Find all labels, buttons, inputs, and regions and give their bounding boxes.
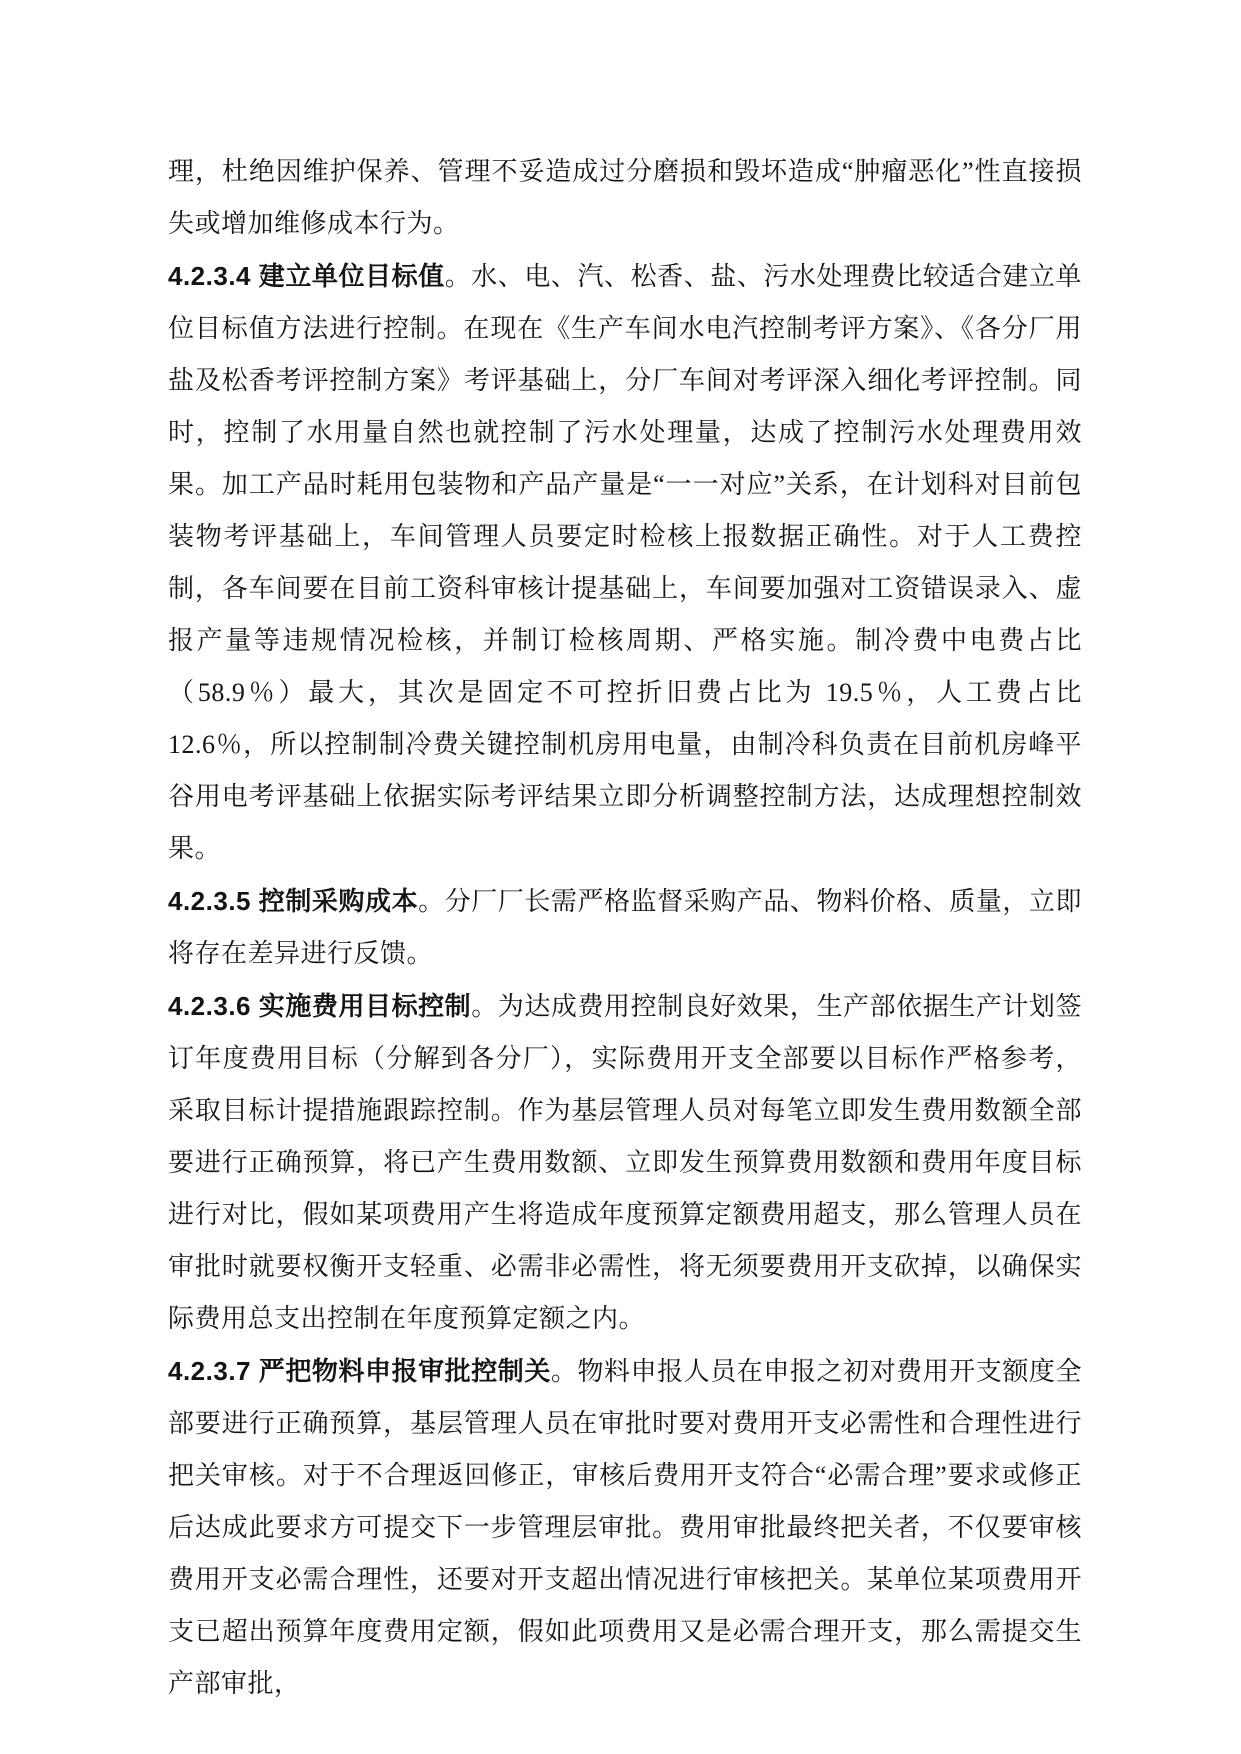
section-heading: 4.2.3.7 严把物料申报审批控制关 — [168, 1356, 551, 1386]
section-heading: 4.2.3.6 实施费用目标控制 — [168, 991, 471, 1021]
paragraph: 4.2.3.7 严把物料申报审批控制关。物料申报人员在申报之初对费用开支额度全部… — [168, 1345, 1082, 1710]
section-heading: 4.2.3.4 建立单位目标值 — [168, 261, 445, 291]
paragraph: 4.2.3.5 控制采购成本。分厂厂长需严格监督采购产品、物料价格、质量，立即将… — [168, 875, 1082, 980]
body-text: 。水、电、汽、松香、盐、污水处理费比较适合建立单位目标值方法进行控制。在现在《生… — [168, 262, 1082, 863]
body-text: 。为达成费用控制良好效果，生产部依据生产计划签订年度费用目标（分解到各分厂），实… — [168, 992, 1082, 1333]
body-text: 。物料申报人员在申报之初对费用开支额度全部要进行正确预算，基层管理人员在审批时要… — [168, 1357, 1082, 1698]
paragraph: 4.2.3.4 建立单位目标值。水、电、汽、松香、盐、污水处理费比较适合建立单位… — [168, 250, 1082, 875]
paragraph: 4.2.3.6 实施费用目标控制。为达成费用控制良好效果，生产部依据生产计划签订… — [168, 980, 1082, 1345]
section-heading: 4.2.3.5 控制采购成本 — [168, 886, 418, 916]
document-body: 理，杜绝因维护保养、管理不妥造成过分磨损和毁坏造成“肿瘤恶化”性直接损失或增加维… — [168, 146, 1082, 1710]
document-page: 理，杜绝因维护保养、管理不妥造成过分磨损和毁坏造成“肿瘤恶化”性直接损失或增加维… — [0, 0, 1241, 1754]
paragraph: 理，杜绝因维护保养、管理不妥造成过分磨损和毁坏造成“肿瘤恶化”性直接损失或增加维… — [168, 146, 1082, 250]
body-text: 理，杜绝因维护保养、管理不妥造成过分磨损和毁坏造成“肿瘤恶化”性直接损失或增加维… — [168, 157, 1082, 238]
